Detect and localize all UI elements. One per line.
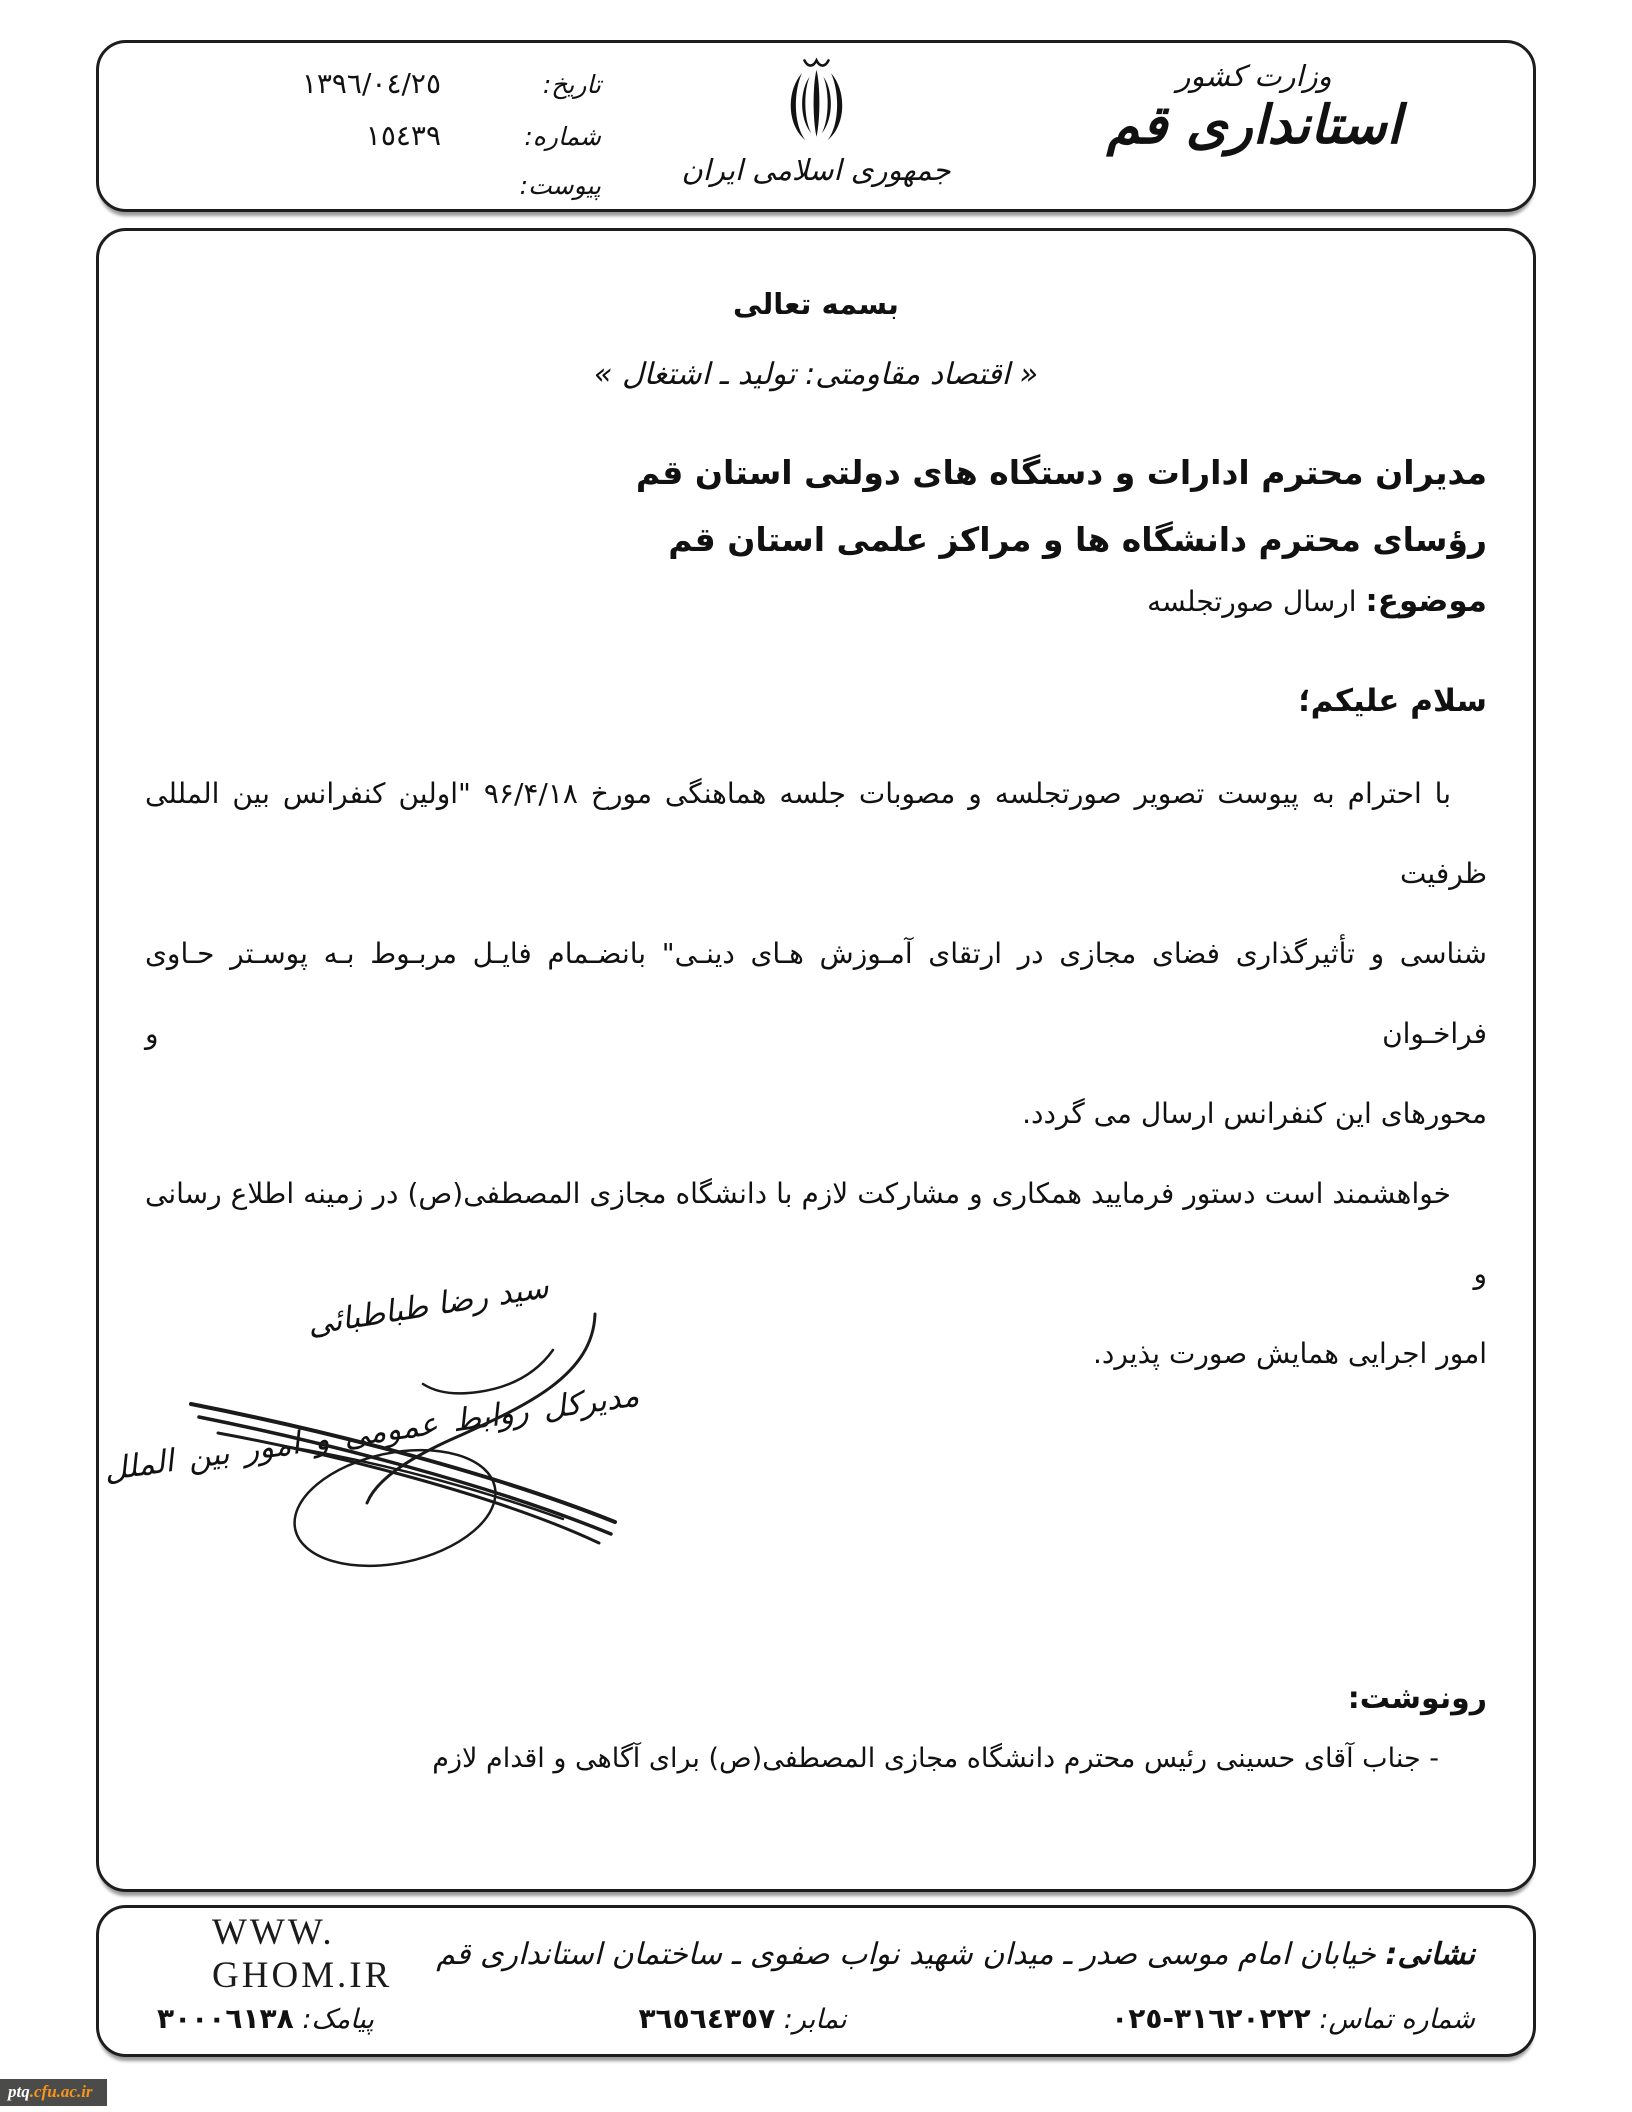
emblem-area: جمهوری اسلامی ایران [681, 51, 950, 187]
number-value: ١٥٤٣٩ [366, 119, 496, 152]
attachment-label: پیوست: [496, 171, 601, 200]
footer-address: نشانی: خیابان امام موسی صدر ـ میدان شهید… [436, 1937, 1475, 1972]
cc-label: رونوشت: [145, 1681, 1487, 1716]
salutation: سلام علیکم؛ [145, 683, 1487, 719]
phone-value: ٣١٦٢٠٢٢٢-٠٢٥ [1111, 2002, 1311, 2035]
date-label: تاریخ: [496, 70, 601, 99]
recipients: مدیران محترم ادارات و دستگاه های دولتی ا… [145, 439, 1487, 573]
paragraph-line: با احترام به پیوست تصویر صورتجلسه و مصوب… [145, 754, 1487, 914]
cc-item: - جناب آقای حسینی رئیس محترم دانشگاه مجا… [145, 1743, 1487, 1774]
fax-contact: نمابر: ٣٦٥٦٤٣٥٧ [638, 2002, 846, 2035]
subject-label: موضوع: [1365, 583, 1487, 619]
slogan: « اقتصاد مقاومتی: تولید ـ اشتغال » [145, 357, 1487, 392]
phone-contact: شماره تماس: ٣١٦٢٠٢٢٢-٠٢٥ [1111, 2002, 1475, 2035]
iran-national-emblem-icon [773, 132, 859, 151]
number-row: شماره: ١٥٤٣٩ [161, 119, 601, 171]
letter-page: وزارت کشور استانداری قم [0, 0, 1632, 2112]
attachment-row: پیوست: [161, 171, 601, 223]
watermark: ptq.cfu.ac.ir [0, 2079, 107, 2106]
website-url: WWW. GHOM.IR [157, 1911, 436, 1997]
subject-line: موضوع: ارسال صورتجلسه [145, 583, 1487, 619]
ministry-name: وزارت کشور [1039, 59, 1469, 93]
sms-contact: پیامک: ٣٠٠٠٦١٣٨ [157, 2002, 374, 2035]
fax-value: ٣٦٥٦٤٣٥٧ [638, 2002, 775, 2035]
paragraph-line: شناسی و تأثیرگذاری فضای مجازی در ارتقای … [145, 914, 1487, 1074]
handwritten-signature-icon [163, 1256, 743, 1591]
governorate-name: استانداری قم [1039, 95, 1469, 156]
address-value: خیابان امام موسی صدر ـ میدان شهید نواب ص… [436, 1937, 1376, 1972]
date-value: ١٣٩٦/٠٤/٢٥ [302, 67, 496, 100]
sms-value: ٣٠٠٠٦١٣٨ [157, 2002, 294, 2035]
phone-label: شماره تماس: [1319, 2004, 1475, 2035]
number-label: شماره: [496, 122, 601, 151]
recipient-line: رؤسای محترم دانشگاه ها و مراکز علمی استا… [145, 506, 1487, 573]
signature-block: سید رضا طباطبائی مدیرکل روابط عمومی و ام… [163, 1256, 743, 1591]
paragraph-line: محورهای این کنفرانس ارسال می گردد. [145, 1074, 1487, 1154]
letterhead: وزارت کشور استانداری قم [96, 40, 1536, 212]
emblem-caption: جمهوری اسلامی ایران [681, 153, 950, 187]
footer-address-row: نشانی: خیابان امام موسی صدر ـ میدان شهید… [157, 1918, 1475, 1990]
letterhead-fields: تاریخ: ١٣٩٦/٠٤/٢٥ شماره: ١٥٤٣٩ پیوست: [161, 67, 601, 223]
sms-label: پیامک: [302, 2004, 374, 2035]
footer-contacts-row: شماره تماس: ٣١٦٢٠٢٢٢-٠٢٥ نمابر: ٣٦٥٦٤٣٥٧… [157, 1990, 1475, 2046]
date-row: تاریخ: ١٣٩٦/٠٤/٢٥ [161, 67, 601, 119]
watermark-domain: .cfu.ac.ir [30, 2082, 93, 2101]
address-label: نشانی: [1385, 1937, 1475, 1972]
fax-label: نمابر: [784, 2004, 847, 2035]
subject-value: ارسال صورتجلسه [1147, 585, 1356, 618]
letter-footer: نشانی: خیابان امام موسی صدر ـ میدان شهید… [96, 1905, 1536, 2057]
besmellah: بسمه تعالی [145, 287, 1487, 321]
watermark-prefix: ptq [8, 2082, 30, 2101]
letterhead-org: وزارت کشور استانداری قم [1039, 59, 1469, 156]
letter-body: بسمه تعالی « اقتصاد مقاومتی: تولید ـ اشت… [96, 228, 1536, 1892]
recipient-line: مدیران محترم ادارات و دستگاه های دولتی ا… [145, 439, 1487, 506]
